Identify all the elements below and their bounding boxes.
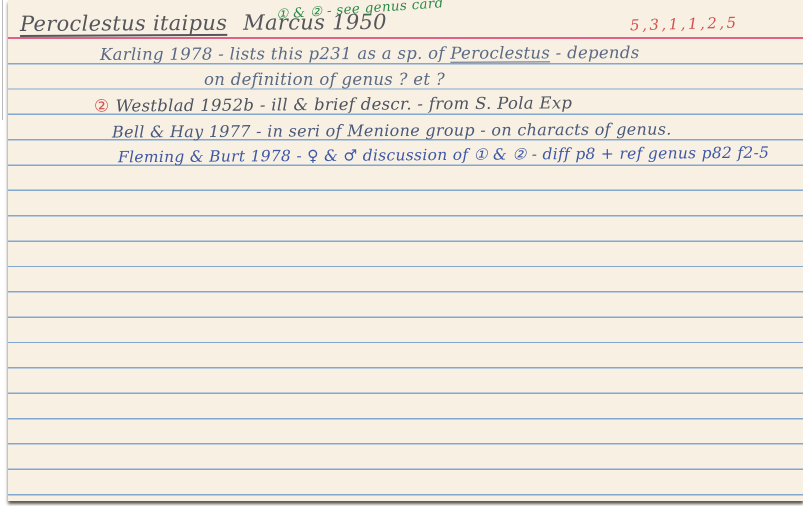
header-rule [8,37,803,39]
karling-text-post: - depends [550,43,639,62]
entry-westblad: ②Westblad 1952b - ill & brief descr. - f… [94,93,572,116]
classification-code: 5,3,1,1,2,5 [630,14,739,35]
species-name: Peroclestus itaipus [20,11,227,36]
entry-karling-line2: on definition of genus ? et ? [204,70,445,89]
entry-karling-line1: Karling 1978 - lists this p231 as a sp. … [100,43,640,64]
entry-bell-hay: Bell & Hay 1977 - in seri of Menione gro… [112,120,672,142]
index-card: Peroclestus itaipusMarcus 1950 ① & ② - s… [8,0,803,501]
karling-genus-underlined: Peroclestus [450,43,550,62]
scanner-edge-artifact [2,0,3,120]
circled-2-marker: ② [94,97,110,117]
karling-text-pre: Karling 1978 - lists this p231 as a sp. … [100,44,450,64]
westblad-text: Westblad 1952b - ill & brief descr. - fr… [115,93,572,115]
